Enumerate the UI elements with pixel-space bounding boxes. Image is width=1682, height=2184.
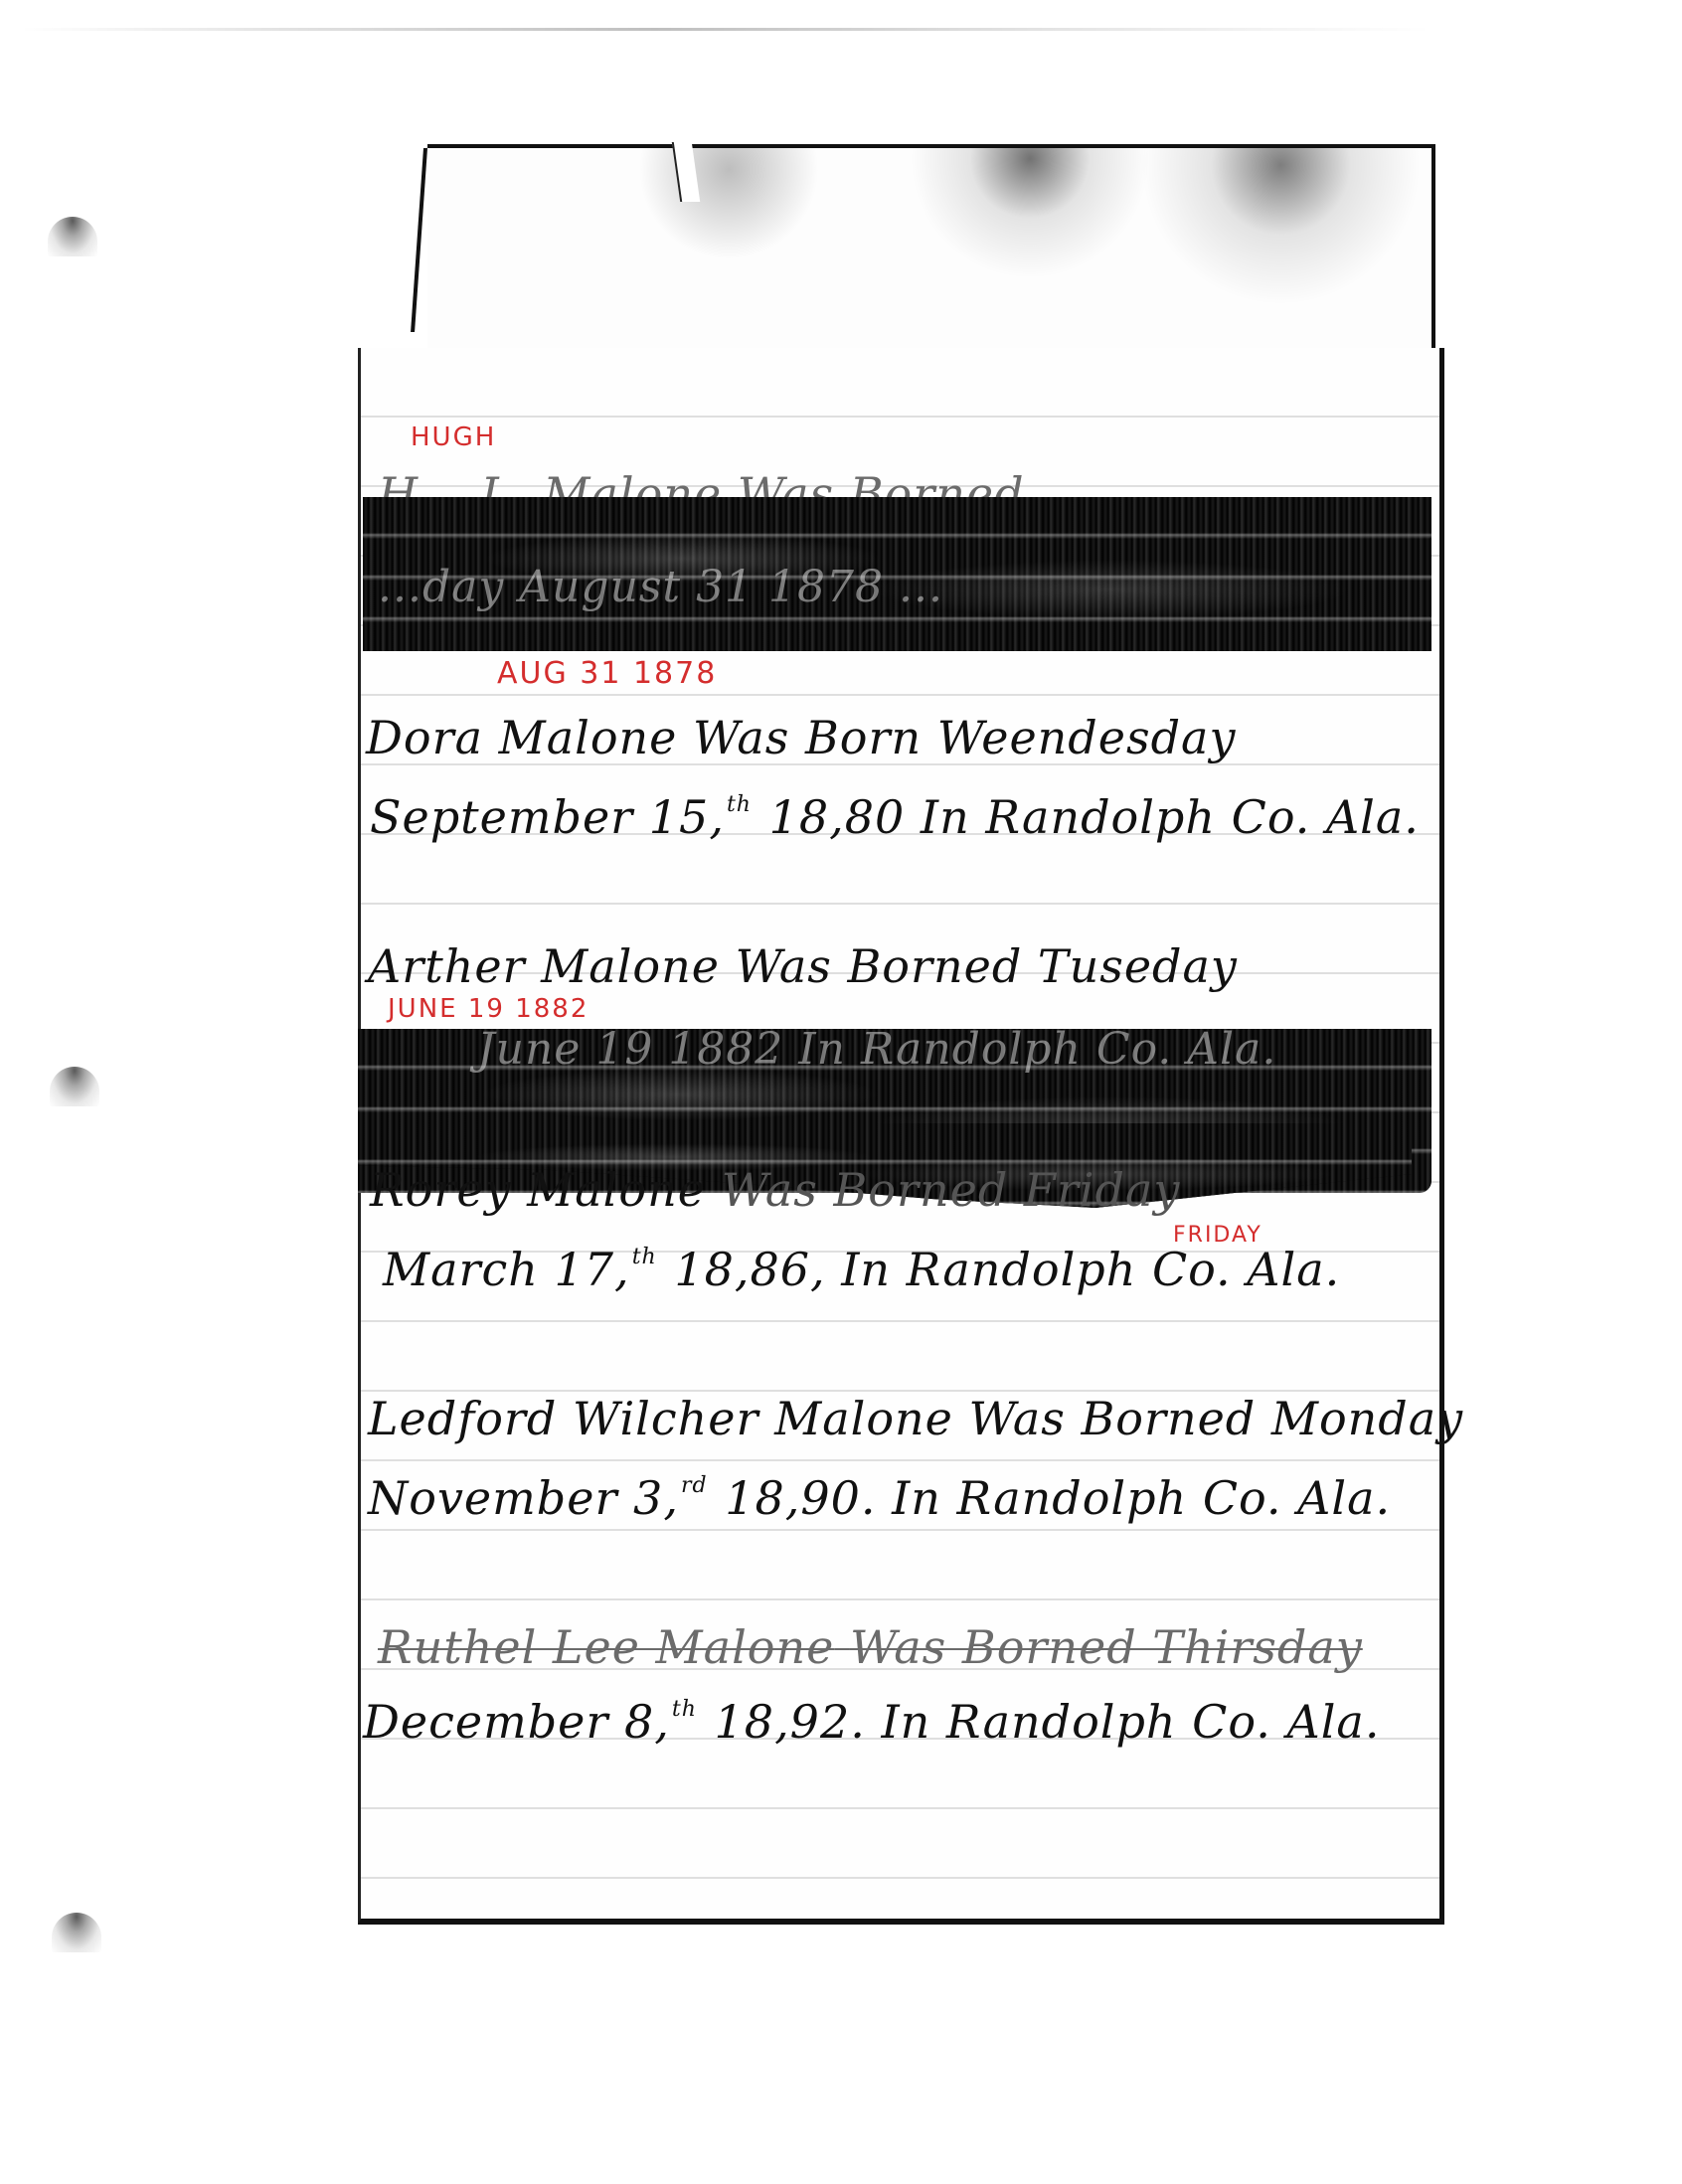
entry-arther-line2: June 19 1882 In Randolph Co. Ala. [477,1024,1276,1075]
entry-ledford-name: Ledford Wilcher Malone [368,1392,953,1445]
scanner-streak [20,28,1431,31]
entry-ruthel-born: Was Borned Thirsday [850,1620,1363,1674]
entry-ledford-month: November 3, [368,1471,679,1525]
entry-ledford-year: 18,90. [725,1471,876,1525]
entry-ruthel-suffix: th [672,1697,697,1722]
torn-top-fragment [427,144,1435,362]
entry-rory-born: Was Borned Friday [722,1163,1181,1217]
entry-dora-year: 18,80 [769,790,906,844]
entry-dora-name: Dora Malone [366,711,677,764]
entry-ruthel-year: 18,92. [715,1695,866,1749]
entry-ruthel-month: December 8, [363,1695,670,1749]
entry-rory-year: 18,86, [674,1243,825,1296]
annotation-hugh-date: AUG 31 1878 [497,656,717,691]
punch-hole-middle [50,1067,99,1106]
entry-ledford-place: In Randolph Co. Ala. [892,1471,1391,1525]
entry-rory-line2: March 17,th 18,86, In Randolph Co. Ala. [383,1243,1340,1296]
entry-dora-line1: Dora Malone Was Born Weendesday [366,711,1236,764]
punch-hole-top [48,217,97,256]
entry-ledford-line2: November 3,rd 18,90. In Randolph Co. Ala… [368,1471,1391,1525]
entry-ledford-line1: Ledford Wilcher Malone Was Borned Monday [368,1392,1463,1445]
entry-ruthel-line2: December 8,th 18,92. In Randolph Co. Ala… [363,1695,1380,1749]
entry-hugh-line2: ...day August 31 1878 ... [378,562,943,612]
entry-rory-line1: Rorey Malone Was Borned Friday [370,1163,1180,1217]
entry-rory-month: March 17, [383,1243,630,1296]
entry-rory-suffix: th [632,1245,657,1269]
entry-arther-name: Arther Malone [368,939,720,993]
annotation-arther-date: JUNE 19 1882 [388,994,589,1024]
entry-arther-born: Was Borned Tuseday [736,939,1238,993]
punch-hole-bottom [52,1913,101,1952]
annotation-hugh-name: HUGH [411,422,496,452]
entry-dora-suffix: th [727,792,752,817]
entry-ruthel-line1: Ruthel Lee Malone Was Borned Thirsday [378,1620,1363,1674]
entry-dora-born: Was Born Weendesday [693,711,1236,764]
entry-rory-place: In Randolph Co. Ala. [841,1243,1340,1296]
entry-dora-month: September 15, [370,790,725,844]
entry-rory-name: Rorey Malone [370,1163,706,1217]
entry-arther-line1: Arther Malone Was Borned Tuseday [368,939,1238,993]
entry-ruthel-name: Ruthel Lee Malone [378,1620,834,1674]
entry-ledford-born: Was Borned Monday [969,1392,1464,1445]
entry-ledford-suffix: rd [681,1473,708,1498]
entry-dora-line2: September 15,th 18,80 In Randolph Co. Al… [370,790,1420,844]
entry-dora-place: In Randolph Co. Ala. [921,790,1420,844]
paper-tear-notch [672,142,700,202]
entry-ruthel-place: In Randolph Co. Ala. [881,1695,1380,1749]
